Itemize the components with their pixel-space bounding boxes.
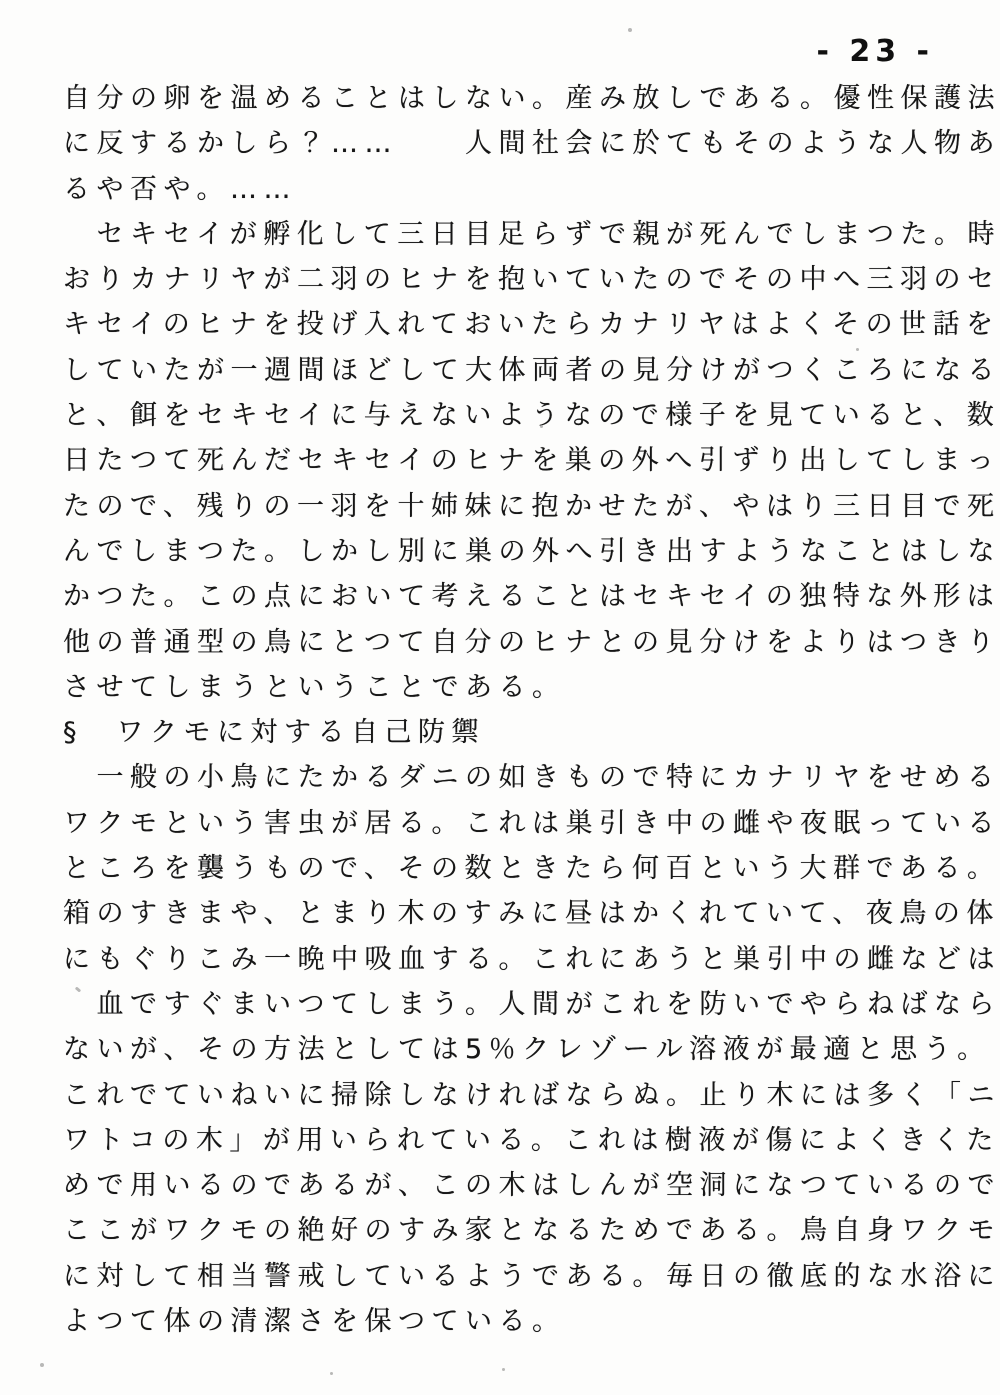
scan-speck — [975, 903, 979, 907]
scan-speck — [976, 408, 980, 411]
scan-speck — [502, 1368, 505, 1371]
text-line: 箱のすきまや、とまり木のすみに昼はかくれていて、夜鳥の体 — [63, 891, 948, 936]
text-line: めで用いるのであるが、この木はしんが空洞になつているので — [63, 1163, 948, 1208]
scan-speck — [330, 1372, 333, 1375]
text-line: これでていねいに掃除しなければならぬ。止り木には多く「ニ — [63, 1073, 948, 1118]
scan-speck — [856, 348, 859, 351]
section-heading: § ワクモに対する自己防禦 — [63, 710, 948, 755]
text-line: ところを襲うもので、その数ときたら何百という大群である。 — [63, 846, 948, 891]
text-line: ワトコの木」が用いられている。これは樹液が傷によくきくた — [63, 1118, 948, 1163]
text-line: していたが一週間ほどして大体両者の見分けがつくころになる — [63, 348, 948, 393]
scan-speck — [540, 425, 543, 428]
text-line: よつて体の清潔さを保つている。 — [63, 1299, 948, 1344]
text-line: に対して相当警戒しているようである。毎日の徹底的な水浴に — [63, 1254, 948, 1299]
text-line: セキセイが孵化して三日目足らずで親が死んでしまつた。時 — [63, 212, 948, 257]
text-line: ここがワクモの絶好のすみ家となるためである。鳥自身ワクモ — [63, 1208, 948, 1253]
text-line: ないが、その方法としては5％クレゾール溶液が最適と思う。 — [63, 1027, 948, 1072]
text-line: キセイのヒナを投げ入れておいたらカナリヤはよくその世話を — [63, 302, 948, 347]
text-line: と、餌をセキセイに与えないようなので様子を見ていると、数 — [63, 393, 948, 438]
text-line: 自分の卵を温めることはしない。産み放しである。優性保護法 — [63, 76, 948, 121]
scan-speck — [110, 133, 113, 136]
document-body: 自分の卵を温めることはしない。産み放しである。優性保護法 に反するかしら？…… … — [63, 76, 948, 1344]
text-line: たので、残りの一羽を十姉妹に抱かせたが、やはり三日目で死 — [63, 484, 948, 529]
text-line: にもぐりこみ一晩中吸血する。これにあうと巣引中の雌などは — [63, 937, 948, 982]
text-line: るや否や。…… — [63, 167, 948, 212]
text-line: させてしまうということである。 — [63, 665, 948, 710]
text-line: んでしまつた。しかし別に巣の外へ引き出すようなことはしな — [63, 529, 948, 574]
text-line: ワクモという害虫が居る。これは巣引き中の雌や夜眠っている — [63, 801, 948, 846]
scan-speck — [628, 28, 632, 32]
text-line: 日たつて死んだセキセイのヒナを巣の外へ引ずり出してしまっ — [63, 438, 948, 483]
text-line: かつた。この点において考えることはセキセイの独特な外形は — [63, 574, 948, 619]
text-line: 他の普通型の鳥にとつて自分のヒナとの見分けをよりはつきり — [63, 620, 948, 665]
scanned-document-page: - 23 - 自分の卵を温めることはしない。産み放しである。優性保護法 に反する… — [0, 0, 1000, 1395]
text-line: おりカナリヤが二羽のヒナを抱いていたのでその中へ三羽のセ — [63, 257, 948, 302]
scan-speck — [40, 1363, 44, 1367]
text-line: 一般の小鳥にたかるダニの如きもので特にカナリヤをせめる — [63, 755, 948, 800]
text-line: 血ですぐまいつてしまう。人間がこれを防いでやらねばなら — [63, 982, 948, 1027]
text-line: に反するかしら？…… 人間社会に於てもそのような人物あ — [63, 121, 948, 166]
page-number: - 23 - — [816, 34, 934, 69]
